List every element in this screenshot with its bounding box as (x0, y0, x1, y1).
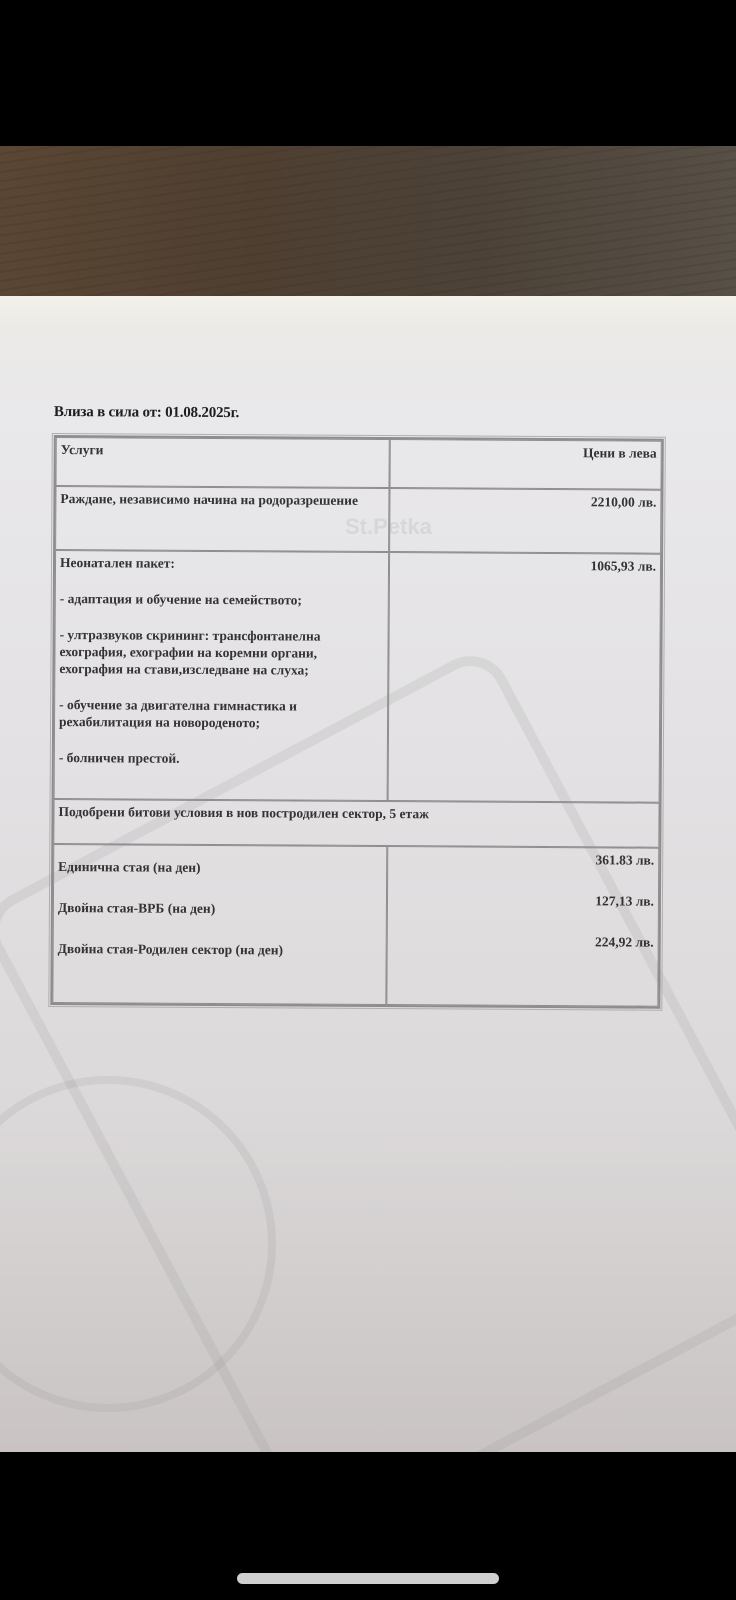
conditions-heading: Подобрени битови условия в нов постродил… (53, 799, 659, 848)
neonatal-title: Неонатален пакет: (60, 554, 384, 573)
table-row: Единична стая (на ден) Двойна стая-ВРБ (… (52, 844, 659, 1007)
photo-top-black-area (0, 0, 736, 146)
room-prices: 361.83 лв. 127,13 лв. 224,92 лв. (386, 846, 659, 1007)
watermark-circle-icon (0, 1076, 276, 1412)
price-table: Услуги Цени в лева Раждане, независимо н… (50, 435, 663, 1009)
price-birth: 2210,00 лв. (389, 488, 661, 554)
paper-top-edge (0, 296, 736, 324)
home-indicator[interactable] (237, 1573, 499, 1584)
wooden-table-background (0, 146, 736, 306)
room-price: 224,92 лв. (392, 932, 654, 951)
service-neonatal: Неонатален пакет: - адаптация и обучение… (54, 550, 390, 801)
service-birth: Раждане, независимо начина на родоразреш… (55, 486, 389, 552)
price-list-document: Влиза в сила от: 01.08.2025г. Услуги Цен… (50, 404, 664, 1009)
room-names: Единична стая (на ден) Двойна стая-ВРБ (… (52, 844, 387, 1005)
header-services: Услуги (55, 437, 389, 488)
table-row: Подобрени битови условия в нов постродил… (53, 799, 659, 848)
table-row: Раждане, независимо начина на родоразреш… (55, 486, 661, 554)
effective-date: Влиза в сила от: 01.08.2025г. (54, 404, 664, 425)
room-name: Двойна стая-ВРБ (на ден) (58, 899, 382, 918)
price-neonatal: 1065,93 лв. (388, 552, 662, 803)
room-name: Единична стая (на ден) (58, 858, 382, 877)
neonatal-item: - адаптация и обучение на семейството; (60, 590, 384, 609)
room-name: Двойна стая-Родилен сектор (на ден) (58, 940, 382, 959)
neonatal-item: - ултразвуков скрининг: трансфонтанелна … (59, 626, 383, 679)
header-prices: Цени в лева (389, 439, 661, 490)
table-header-row: Услуги Цени в лева (55, 437, 661, 490)
room-price: 361.83 лв. (392, 850, 654, 869)
table-row: Неонатален пакет: - адаптация и обучение… (54, 550, 662, 803)
neonatal-item: - обучение за двигателна гимнастика и ре… (59, 696, 383, 732)
room-price: 127,13 лв. (392, 891, 654, 910)
neonatal-item: - болничен престой. (59, 749, 383, 768)
